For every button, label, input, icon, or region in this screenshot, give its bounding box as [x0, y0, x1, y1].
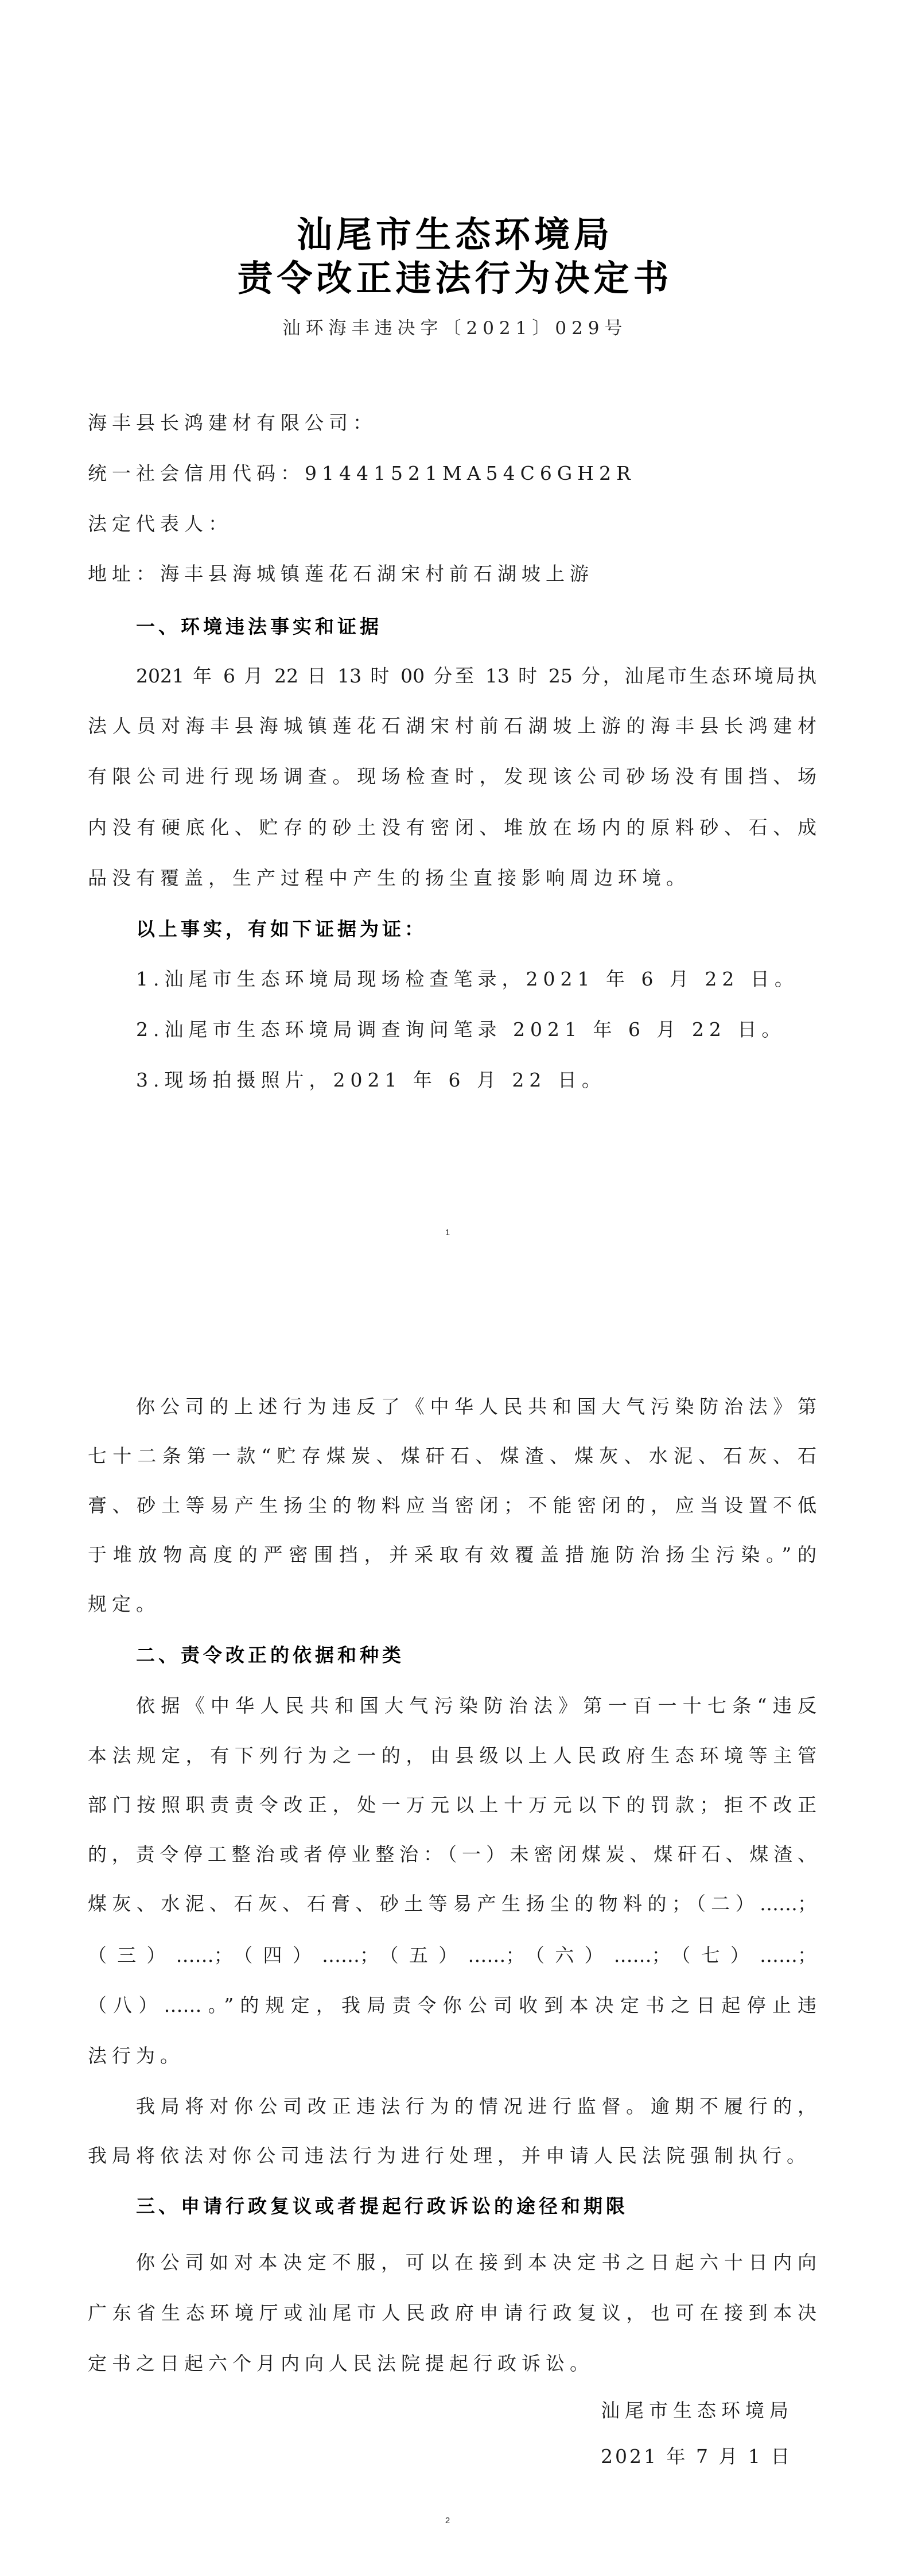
basis-line: 依据《中华人民共和国大气污染防治法》第一百一十七条“违反 [136, 1693, 816, 1718]
evidence-item: 3.现场拍摄照片，2021 年 6 月 22 日。 [136, 1068, 816, 1093]
facts-line: 有限公司进行现场调查。现场检查时，发现该公司砂场没有围挡、场 [88, 764, 816, 789]
title-line-1: 汕尾市生态环境局 [0, 215, 910, 255]
page-number-2: 2 [0, 2515, 895, 2527]
violation-line: 你公司的上述行为违反了《中华人民共和国大气污染防治法》第 [136, 1394, 816, 1419]
violation-line: 膏、砂土等易产生扬尘的物料应当密闭；不能密闭的，应当设置不低 [88, 1493, 816, 1518]
title-line-2: 责令改正违法行为决定书 [0, 258, 910, 298]
basis-line: 的，责令停工整治或者停业整治：（一）未密闭煤炭、煤矸石、煤渣、 [88, 1842, 816, 1867]
party-credit-code: 统一社会信用代码：91441521MA54C6GH2R [88, 461, 816, 486]
facts-line: 品没有覆盖，生产过程中产生的扬尘直接影响周边环境。 [88, 866, 816, 891]
remedy-line: 定书之日起六个月内向人民法院提起行政诉讼。 [88, 2351, 816, 2376]
remedy-line: 你公司如对本决定不服，可以在接到本决定书之日起六十日内向 [136, 2250, 816, 2275]
page-number-1: 1 [0, 1227, 895, 1239]
party-legal-rep: 法定代表人： [88, 511, 816, 537]
issuer-name: 汕尾市生态环境局 [601, 2398, 794, 2423]
facts-line: 2021 年 6 月 22 日 13 时 00 分至 13 时 25 分，汕尾市… [136, 664, 816, 689]
violation-line: 七十二条第一款“贮存煤炭、煤矸石、煤渣、煤灰、水泥、石灰、石 [88, 1444, 816, 1469]
basis-line: 法行为。 [88, 2043, 816, 2069]
party-company: 海丰县长鸿建材有限公司： [88, 410, 816, 436]
evidence-item: 1.汕尾市生态环境局现场检查笔录，2021 年 6 月 22 日。 [136, 967, 816, 992]
basis-line: （八）……。”的规定，我局责令你公司收到本决定书之日起停止违 [88, 1993, 816, 2018]
party-address: 地址：海丰县海城镇莲花石湖宋村前石湖坡上游 [88, 561, 816, 587]
evidence-heading: 以上事实，有如下证据为证： [136, 917, 816, 942]
remedy-line: 广东省生态环境厅或汕尾市人民政府申请行政复议，也可在接到本决 [88, 2300, 816, 2326]
supervision-line: 我局将对你公司改正违法行为的情况进行监督。逾期不履行的， [136, 2094, 816, 2119]
violation-line: 规定。 [88, 1592, 816, 1617]
section2-heading: 二、责令改正的依据和种类 [136, 1643, 816, 1668]
evidence-item: 2.汕尾市生态环境局调查询问笔录 2021 年 6 月 22 日。 [136, 1017, 816, 1042]
basis-line: 部门按照职责责令改正，处一万元以上十万元以下的罚款；拒不改正 [88, 1793, 816, 1818]
document-number: 汕环海丰违决字〔2021〕029号 [0, 316, 910, 341]
basis-line: （三）……；（四）……；（五）……；（六）……；（七）……； [88, 1943, 816, 1968]
facts-line: 内没有硬底化、贮存的砂土没有密闭、堆放在场内的原料砂、石、成 [88, 815, 816, 840]
violation-line: 于堆放物高度的严密围挡，并采取有效覆盖措施防治扬尘污染。”的 [88, 1542, 816, 1568]
facts-line: 法人员对海丰县海城镇莲花石湖宋村前石湖坡上游的海丰县长鸿建材 [88, 713, 816, 739]
supervision-line: 我局将依法对你公司违法行为进行处理，并申请人民法院强制执行。 [88, 2143, 816, 2168]
section3-heading: 三、申请行政复议或者提起行政诉讼的途径和期限 [136, 2194, 816, 2219]
basis-line: 煤灰、水泥、石灰、石膏、砂土等易产生扬尘的物料的；（二）……； [88, 1891, 816, 1917]
section1-heading: 一、环境违法事实和证据 [136, 614, 816, 639]
issue-date: 2021 年 7 月 1 日 [601, 2444, 792, 2469]
basis-line: 本法规定，有下列行为之一的，由县级以上人民政府生态环境等主管 [88, 1743, 816, 1768]
